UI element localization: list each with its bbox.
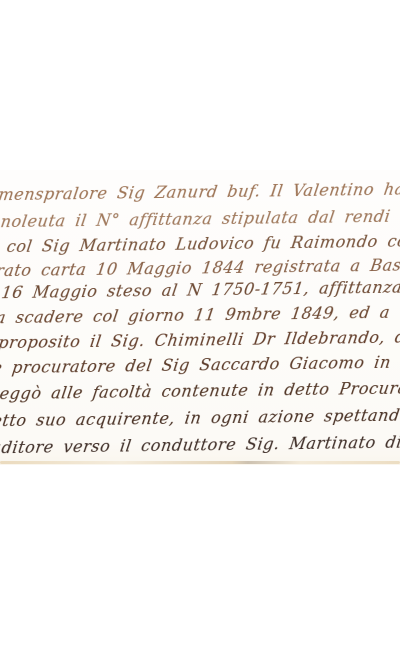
manuscript-line: uditore verso il conduttore Sig. Martina… — [0, 431, 400, 457]
manuscript-line: a scadere col giorno 11 9mbre 1849, ed a… — [0, 300, 400, 327]
manuscript-text-block: omenspralore Sig Zanurd buf. Il Valentin… — [0, 170, 400, 465]
manuscript-line: etto suo acquirente, in ogni azione spet… — [0, 403, 400, 430]
manuscript-line: omenspralore Sig Zanurd buf. Il Valentin… — [0, 176, 400, 204]
paper-bottom-edge — [0, 461, 400, 464]
manuscript-line: irato carta 10 Maggio 1844 registrata a … — [0, 252, 400, 280]
page-background: omenspralore Sig Zanurd buf. Il Valentin… — [0, 0, 400, 650]
manuscript-line: o col Sig Martinato Ludovico fu Raimondo… — [0, 229, 400, 256]
manuscript-line: anoleuta il N° affittanza stipulata dal … — [0, 204, 400, 231]
manuscript-line: proposito il Sig. Chiminelli Dr Ildebran… — [0, 326, 400, 352]
manuscript-line: leggò alle facoltà contenute in detto Pr… — [0, 377, 400, 404]
manuscript-photo: omenspralore Sig Zanurd buf. Il Valentin… — [0, 170, 400, 465]
manuscript-line: le procuratore del Sig Saccardo Giacomo … — [0, 351, 400, 378]
